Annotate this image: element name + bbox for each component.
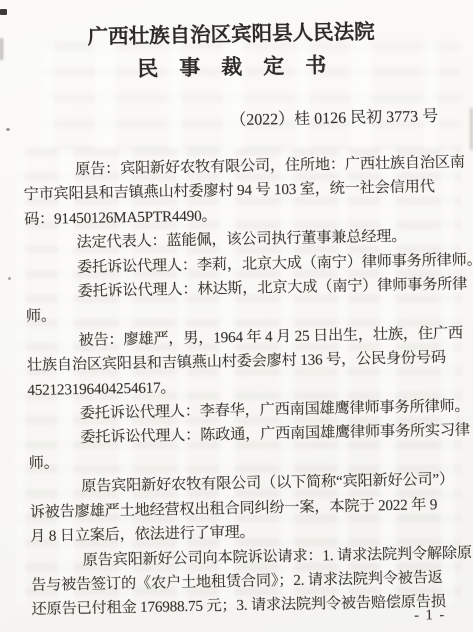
scanned-court-document: { "document": { "court_name": "广西壮族自治区宾阳… (0, 0, 473, 632)
document-body: 原告：宾阳新好农牧有限公司，住所地：广西壮族自治区南 宁市宾阳县和吉镇燕山村委廖… (23, 151, 456, 623)
page-number: - 1 - (414, 607, 446, 625)
document-content: 广西壮族自治区宾阳县人民法院 民 事 裁 定 书 （2022）桂 0126 民初… (0, 0, 473, 632)
court-name: 广西壮族自治区宾阳县人民法院 (0, 13, 468, 52)
document-type-title: 民 事 裁 定 书 (0, 47, 468, 86)
paper-sheet: 广西壮族自治区宾阳县人民法院 民 事 裁 定 书 （2022）桂 0126 民初… (0, 0, 473, 632)
case-number: （2022）桂 0126 民初 3773 号 (230, 103, 438, 130)
